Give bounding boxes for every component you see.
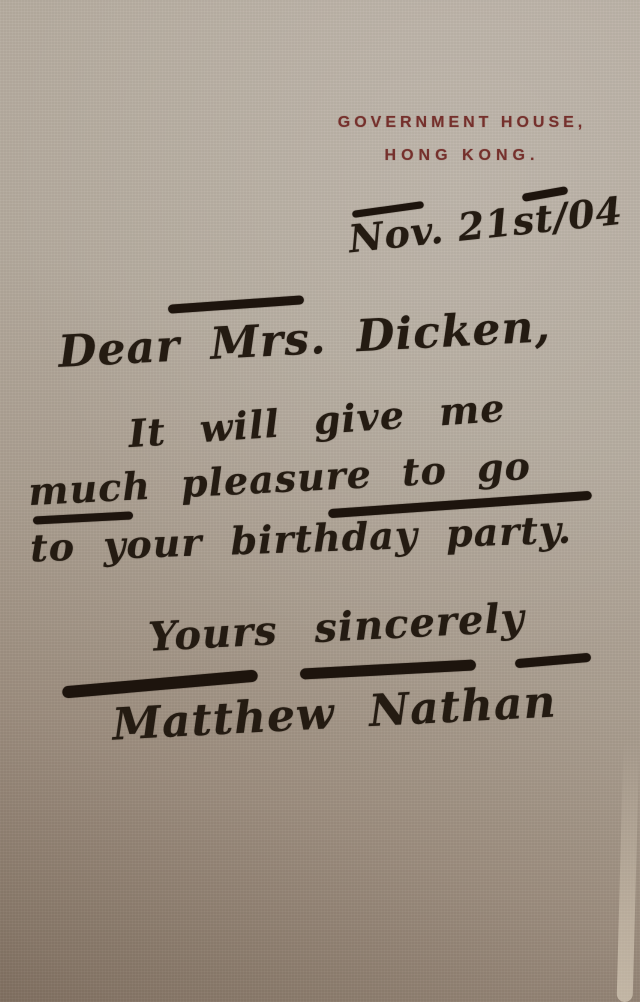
salutation-line: Dear Mrs. Dicken, <box>57 301 552 378</box>
letter-photo: GOVERNMENT HOUSE, HONG KONG. Nov. 21st/0… <box>0 0 640 1002</box>
signature-line: Matthew Nathan <box>111 676 558 750</box>
body-line-1: It will give me <box>127 385 507 456</box>
letterhead-line2: HONG KONG. <box>288 147 636 165</box>
body-line-3: to your birthday party. <box>29 507 572 571</box>
closing-line: Yours sincerely <box>147 594 526 661</box>
ink-flourish-salutation <box>168 295 304 313</box>
letterhead: GOVERNMENT HOUSE, HONG KONG. <box>288 114 636 165</box>
date-line: Nov. 21st/04 <box>346 188 625 262</box>
ink-flourish-signature-3 <box>515 653 591 669</box>
paper-edge-highlight <box>617 742 640 1002</box>
ink-flourish-signature-2 <box>300 659 476 679</box>
letterhead-line1: GOVERNMENT HOUSE, <box>288 114 636 132</box>
body-line-2: much pleasure to go <box>27 443 532 514</box>
